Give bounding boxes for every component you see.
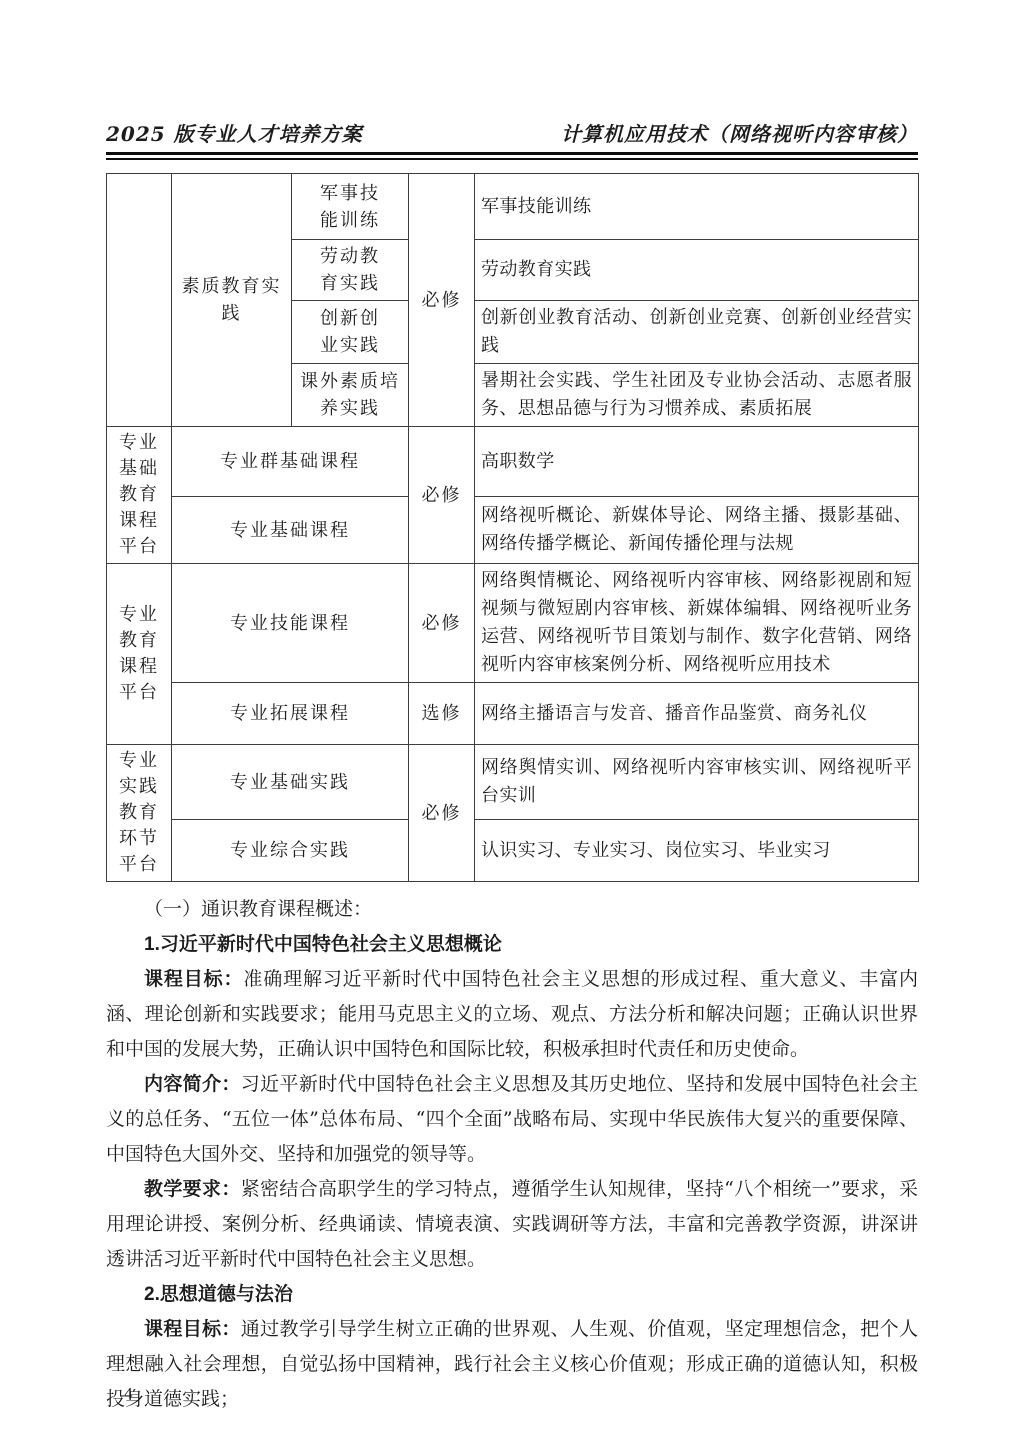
category-cell: 专业技能课程 xyxy=(172,564,409,683)
course-list-cell: 网络舆情概论、网络视听内容审核、网络影视剧和短视频与微短剧内容审核、新媒体编辑、… xyxy=(475,564,919,683)
category-cell: 专业基础实践 xyxy=(172,745,409,820)
subcategory-cell: 劳动教 育实践 xyxy=(292,240,409,301)
course-list-cell: 网络视听概论、新媒体导论、网络主播、摄影基础、网络传播学概论、新闻传播伦理与法规 xyxy=(475,497,919,564)
category-cell: 专业拓展课程 xyxy=(172,683,409,745)
paragraph-content-intro: 内容简介：习近平新时代中国特色社会主义思想及其历史地位、坚持和发展中国特色社会主… xyxy=(106,1067,918,1172)
page-number: 4 xyxy=(124,1384,133,1404)
paragraph-label: 课程目标： xyxy=(144,1319,241,1340)
paragraph-label: 课程目标： xyxy=(144,969,243,990)
category-cell: 素质教育实 践 xyxy=(172,174,292,427)
platform-cell: 专业 教育 课程 平台 xyxy=(107,564,172,745)
mode-cell: 必修 xyxy=(409,564,475,683)
mode-cell: 选修 xyxy=(409,683,475,745)
course-list-cell: 高职数学 xyxy=(475,427,919,497)
paragraph-teaching-requirements: 教学要求：紧密结合高职学生的学习特点，遵循学生认知规律，坚持“八个相统一”要求，… xyxy=(106,1172,918,1277)
platform-cell: 专业 基础 教育 课程 平台 xyxy=(107,427,172,564)
course-list-cell: 暑期社会实践、学生社团及专业协会活动、志愿者服务、思想品德与行为习惯养成、素质拓… xyxy=(475,364,919,427)
mode-cell: 必修 xyxy=(409,174,475,427)
page-header: 2025 版专业人才培养方案 计算机应用技术（网络视听内容审核） xyxy=(106,118,918,152)
paragraph-course-goal-2: 课程目标：通过教学引导学生树立正确的世界观、人生观、价值观，坚定理想信念，把个人… xyxy=(106,1312,918,1417)
body-text: （一）通识教育课程概述： 1.习近平新时代中国特色社会主义思想概论 课程目标：准… xyxy=(106,892,918,1417)
course-list-cell: 网络舆情实训、网络视听内容审核实训、网络视听平台实训 xyxy=(475,745,919,820)
subcategory-cell: 创新创 业实践 xyxy=(292,301,409,364)
header-double-rule xyxy=(106,152,918,160)
category-cell: 专业基础课程 xyxy=(172,497,409,564)
header-left-title: 2025 版专业人才培养方案 xyxy=(106,118,363,147)
subcategory-cell: 军事技 能训练 xyxy=(292,174,409,240)
course-1-title: 1.习近平新时代中国特色社会主义思想概论 xyxy=(106,927,918,962)
course-2-title: 2.思想道德与法治 xyxy=(106,1277,918,1312)
mode-cell: 必修 xyxy=(409,427,475,564)
header-right-title: 计算机应用技术（网络视听内容审核） xyxy=(561,118,918,147)
section-intro: （一）通识教育课程概述： xyxy=(106,892,918,927)
platform-cell xyxy=(107,174,172,427)
curriculum-table: 素质教育实 践 军事技 能训练 必修 军事技能训练 劳动教 育实践 劳动教育实践… xyxy=(106,173,919,882)
paragraph-course-goal-1: 课程目标：准确理解习近平新时代中国特色社会主义思想的形成过程、重大意义、丰富内涵… xyxy=(106,962,918,1067)
category-cell: 专业综合实践 xyxy=(172,820,409,882)
paragraph-label: 教学要求： xyxy=(144,1179,241,1200)
category-cell: 专业群基础课程 xyxy=(172,427,409,497)
subcategory-cell: 课外素质培 养实践 xyxy=(292,364,409,427)
course-list-cell: 军事技能训练 xyxy=(475,174,919,240)
course-list-cell: 劳动教育实践 xyxy=(475,240,919,301)
course-list-cell: 创新创业教育活动、创新创业竞赛、创新创业经营实践 xyxy=(475,301,919,364)
document-page: 2025 版专业人才培养方案 计算机应用技术（网络视听内容审核） 素质教育实 践… xyxy=(0,0,1024,1448)
mode-cell: 必修 xyxy=(409,745,475,882)
platform-cell: 专业 实践 教育 环节 平台 xyxy=(107,745,172,882)
paragraph-label: 内容简介： xyxy=(144,1074,241,1095)
course-list-cell: 认识实习、专业实习、岗位实习、毕业实习 xyxy=(475,820,919,882)
course-list-cell: 网络主播语言与发音、播音作品鉴赏、商务礼仪 xyxy=(475,683,919,745)
